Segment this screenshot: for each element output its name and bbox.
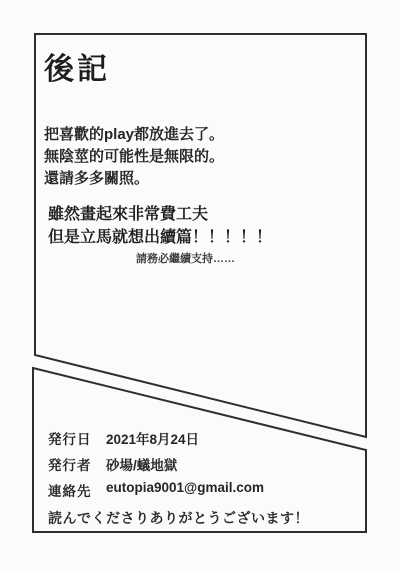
afterword-title: 後記 xyxy=(44,44,110,88)
colophon-value: 2021年8月24日 xyxy=(106,428,199,448)
thanks-message: 読んでくださりありがとうございます！ xyxy=(48,508,309,528)
colophon-label: 発行者 xyxy=(48,454,94,474)
afterword-paragraph-2: 雖然畫起來非常費工夫 但是立馬就想出續篇！！！！！ xyxy=(48,203,272,249)
paragraph-line: 把喜歡的play都放進去了。 xyxy=(44,124,224,146)
support-note: 請務必繼續支持…… xyxy=(136,250,235,266)
colophon-row-contact: 連絡先 eutopia9001@gmail.com xyxy=(48,480,264,500)
paragraph-line: 但是立馬就想出續篇！！！！！ xyxy=(48,226,272,249)
afterword-page: 後記 把喜歡的play都放進去了。 無陰莖的可能性是無限的。 還請多多關照。 雖… xyxy=(0,0,400,572)
paragraph-line: 無陰莖的可能性是無限的。 xyxy=(44,146,224,168)
colophon-value: eutopia9001@gmail.com xyxy=(106,480,264,500)
colophon-value: 砂場/蟻地獄 xyxy=(106,454,177,474)
paragraph-line: 還請多多關照。 xyxy=(44,168,224,190)
colophon-row-publish-date: 発行日 2021年8月24日 xyxy=(48,428,199,448)
colophon-label: 連絡先 xyxy=(48,480,94,500)
afterword-paragraph-1: 把喜歡的play都放進去了。 無陰莖的可能性是無限的。 還請多多關照。 xyxy=(44,124,224,190)
colophon-label: 発行日 xyxy=(48,428,94,448)
paragraph-line: 雖然畫起來非常費工夫 xyxy=(48,203,272,226)
colophon-row-publisher: 発行者 砂場/蟻地獄 xyxy=(48,454,177,474)
